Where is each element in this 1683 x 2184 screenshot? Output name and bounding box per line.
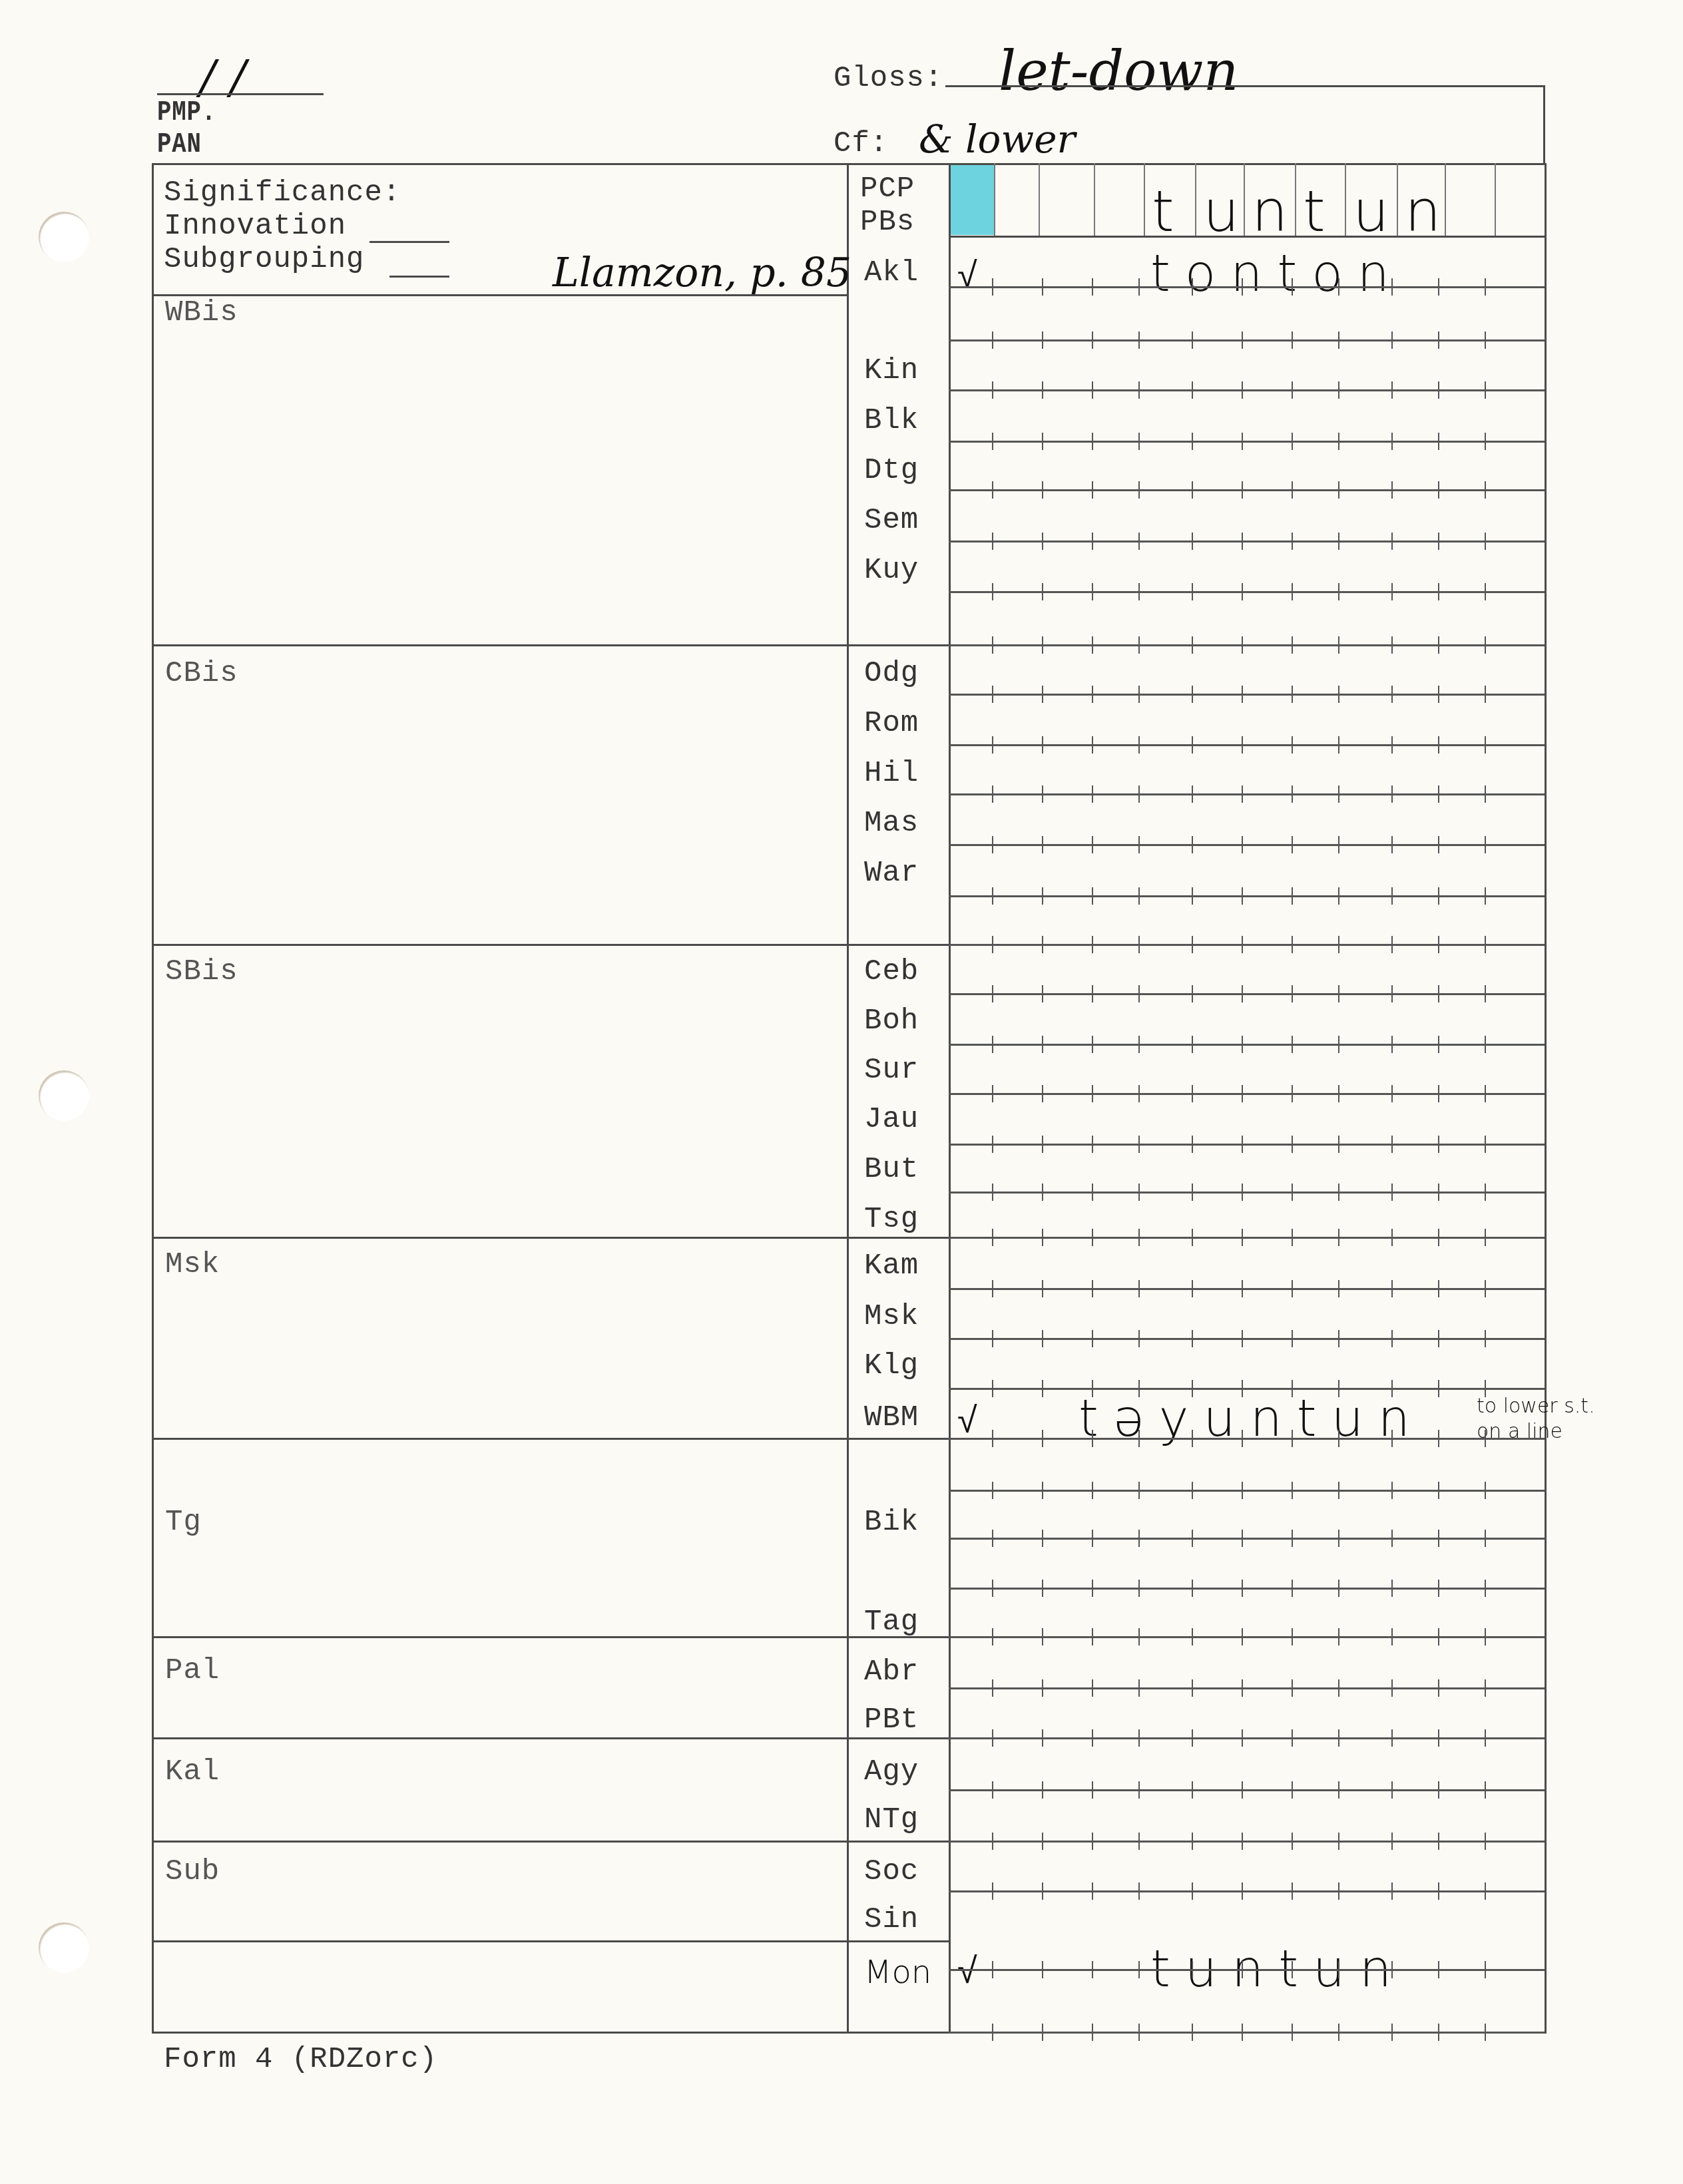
ruled-tick bbox=[1138, 1580, 1140, 1597]
ruled-tick bbox=[1438, 278, 1439, 296]
ruled-tick bbox=[1438, 686, 1439, 703]
ruled-tick bbox=[1438, 936, 1439, 953]
ruled-tick bbox=[992, 836, 993, 853]
ruled-line bbox=[949, 1538, 1545, 1540]
ruled-tick bbox=[992, 1530, 993, 1547]
frame-right-line bbox=[1545, 163, 1547, 2034]
proto-label-pcp: PCP bbox=[860, 174, 915, 204]
ruled-tick bbox=[1391, 433, 1393, 450]
ruled-tick bbox=[992, 1833, 993, 1850]
ruled-tick bbox=[1485, 1330, 1486, 1347]
ruled-tick bbox=[1292, 433, 1293, 450]
proto-cell-divider bbox=[1345, 163, 1346, 236]
language-label-pbt: PBt bbox=[864, 1705, 919, 1735]
proto-cell-divider bbox=[1039, 163, 1040, 236]
ruled-tick bbox=[1391, 1430, 1393, 1447]
ruled-tick bbox=[1192, 1229, 1193, 1246]
ruled-tick bbox=[1338, 1085, 1339, 1102]
ruled-tick bbox=[1138, 1280, 1140, 1297]
language-label-tag: Tag bbox=[864, 1608, 919, 1637]
section-notes-area[interactable] bbox=[154, 1740, 845, 1839]
ruled-tick bbox=[1391, 1085, 1393, 1102]
ruled-tick bbox=[1192, 1833, 1193, 1850]
ruled-tick bbox=[1092, 381, 1093, 399]
ruled-tick bbox=[1042, 2024, 1043, 2041]
ruled-tick bbox=[1338, 1882, 1339, 1900]
ruled-tick bbox=[1092, 836, 1093, 853]
ruled-tick bbox=[1242, 1679, 1243, 1697]
ruled-tick bbox=[1391, 381, 1393, 399]
ruled-line bbox=[949, 1438, 1545, 1440]
ruled-line bbox=[949, 489, 1545, 491]
ruled-tick bbox=[1292, 1781, 1293, 1799]
ruled-tick bbox=[1242, 533, 1243, 550]
ruled-tick bbox=[1438, 2024, 1439, 2041]
ruled-tick bbox=[1338, 1136, 1339, 1153]
proto-letter: n bbox=[1252, 178, 1288, 245]
ruled-tick bbox=[1192, 686, 1193, 703]
ruled-tick bbox=[1391, 533, 1393, 550]
ruled-tick bbox=[992, 686, 993, 703]
ruled-tick bbox=[1192, 381, 1193, 399]
ruled-tick bbox=[1438, 1184, 1439, 1201]
ruled-tick bbox=[1042, 278, 1043, 296]
pan-label: PAN bbox=[157, 130, 202, 158]
ruled-tick bbox=[1485, 1679, 1486, 1697]
language-label-jau: Jau bbox=[864, 1105, 919, 1134]
significance-title: Significance: bbox=[164, 178, 401, 208]
ruled-tick bbox=[1192, 1729, 1193, 1747]
ruled-tick bbox=[1338, 1380, 1339, 1397]
ruled-tick bbox=[1138, 583, 1140, 600]
ruled-tick bbox=[992, 1036, 993, 1053]
section-notes-area[interactable] bbox=[154, 1639, 845, 1736]
ruled-line bbox=[949, 1841, 1545, 1843]
ruled-tick bbox=[1138, 331, 1140, 349]
ruled-tick bbox=[1042, 1833, 1043, 1850]
ruled-tick bbox=[1092, 433, 1093, 450]
ruled-tick bbox=[1242, 1882, 1243, 1900]
ruled-tick bbox=[1192, 1280, 1193, 1297]
date-underline bbox=[157, 93, 324, 95]
language-label-odg: Odg bbox=[864, 659, 919, 688]
proto-cell-divider bbox=[1244, 163, 1245, 236]
ruled-line bbox=[949, 993, 1545, 995]
ruled-tick bbox=[1391, 1330, 1393, 1347]
ruled-tick bbox=[1485, 1729, 1486, 1747]
cf-value[interactable]: & lower bbox=[919, 116, 1075, 162]
ruled-line bbox=[949, 844, 1545, 846]
ruled-tick bbox=[1391, 1184, 1393, 1201]
ruled-line bbox=[949, 1044, 1545, 1046]
ruled-tick bbox=[1292, 1833, 1293, 1850]
ruled-tick bbox=[1042, 331, 1043, 349]
proto-letter: t bbox=[1303, 178, 1325, 245]
ruled-tick bbox=[1042, 1628, 1043, 1645]
language-label-mon: Mon bbox=[864, 1954, 931, 1991]
binder-hole-top bbox=[39, 212, 89, 262]
ruled-tick bbox=[1138, 1729, 1140, 1747]
ruled-tick bbox=[1292, 686, 1293, 703]
ruled-line bbox=[949, 1890, 1545, 1892]
section-divider bbox=[152, 1940, 951, 1942]
section-notes-area[interactable] bbox=[154, 1239, 845, 1436]
ruled-tick bbox=[1292, 1184, 1293, 1201]
language-label-bik: Bik bbox=[864, 1508, 919, 1537]
ruled-tick bbox=[1192, 1679, 1193, 1697]
ruled-tick bbox=[1391, 1729, 1393, 1747]
ruled-tick bbox=[1391, 736, 1393, 754]
ruled-tick bbox=[992, 433, 993, 450]
ruled-tick bbox=[1042, 1482, 1043, 1499]
language-label-wbm: WBM bbox=[864, 1403, 919, 1432]
ruled-tick bbox=[1485, 736, 1486, 754]
language-label-sem: Sem bbox=[864, 506, 919, 535]
ruled-tick bbox=[1092, 1330, 1093, 1347]
ruled-tick bbox=[1338, 1628, 1339, 1645]
gloss-value[interactable]: let-down bbox=[999, 40, 1238, 103]
ruled-tick bbox=[1242, 1136, 1243, 1153]
binder-hole-bottom bbox=[39, 1922, 89, 1973]
ruled-tick bbox=[1292, 1085, 1293, 1102]
ruled-tick bbox=[1042, 1530, 1043, 1547]
ruled-tick bbox=[1485, 533, 1486, 550]
ruled-tick bbox=[992, 1961, 993, 1978]
ruled-tick bbox=[992, 1330, 993, 1347]
pmp-label: PMP. bbox=[157, 99, 216, 126]
ruled-tick bbox=[1338, 887, 1339, 905]
gloss-underline bbox=[945, 85, 1545, 87]
ruled-tick bbox=[1042, 1961, 1043, 1978]
ruled-tick bbox=[1338, 1961, 1339, 1978]
ruled-line bbox=[949, 1588, 1545, 1590]
ruled-tick bbox=[1438, 1580, 1439, 1597]
ruled-tick bbox=[1092, 1229, 1093, 1246]
ruled-tick bbox=[1292, 1679, 1293, 1697]
ruled-tick bbox=[1391, 1781, 1393, 1799]
section-notes-area[interactable] bbox=[154, 647, 845, 943]
ruled-tick bbox=[1391, 985, 1393, 1002]
section-divider bbox=[152, 944, 951, 946]
ruled-tick bbox=[1391, 583, 1393, 600]
ruled-tick bbox=[1391, 1833, 1393, 1850]
ruled-line bbox=[949, 1237, 1545, 1239]
ruled-tick bbox=[1138, 1882, 1140, 1900]
ruled-tick bbox=[1092, 1482, 1093, 1499]
ruled-tick bbox=[1192, 636, 1193, 654]
ruled-tick bbox=[1242, 583, 1243, 600]
ruled-tick bbox=[1485, 1430, 1486, 1447]
ruled-tick bbox=[1138, 1482, 1140, 1499]
ruled-tick bbox=[1092, 686, 1093, 703]
ruled-tick bbox=[1485, 1530, 1486, 1547]
ruled-tick bbox=[992, 1280, 993, 1297]
ruled-tick bbox=[1438, 1229, 1439, 1246]
ruled-tick bbox=[1391, 331, 1393, 349]
ruled-line bbox=[949, 1687, 1545, 1689]
ruled-tick bbox=[1042, 985, 1043, 1002]
ruled-tick bbox=[1485, 1482, 1486, 1499]
ruled-tick bbox=[1242, 1580, 1243, 1597]
ruled-tick bbox=[1138, 1833, 1140, 1850]
ruled-tick bbox=[1092, 1882, 1093, 1900]
ruled-tick bbox=[1338, 736, 1339, 754]
ruled-tick bbox=[1242, 1430, 1243, 1447]
ruled-tick bbox=[1042, 887, 1043, 905]
ruled-tick bbox=[1042, 1229, 1043, 1246]
ruled-tick bbox=[1138, 381, 1140, 399]
ruled-tick bbox=[1485, 1136, 1486, 1153]
ruled-tick bbox=[1192, 1380, 1193, 1397]
ruled-tick bbox=[992, 1628, 993, 1645]
ruled-tick bbox=[1292, 1580, 1293, 1597]
ruled-tick bbox=[1192, 887, 1193, 905]
ruled-tick bbox=[1242, 1330, 1243, 1347]
ruled-tick bbox=[1092, 1184, 1093, 1201]
ruled-tick bbox=[1192, 1184, 1193, 1201]
ruled-line bbox=[949, 1388, 1545, 1390]
ruled-tick bbox=[1242, 887, 1243, 905]
ruled-tick bbox=[1338, 1229, 1339, 1246]
ruled-tick bbox=[1138, 736, 1140, 754]
ruled-tick bbox=[1438, 1961, 1439, 1978]
significance-bottom-line bbox=[152, 294, 847, 296]
check-mark-icon[interactable]: √ bbox=[957, 254, 977, 296]
ruled-tick bbox=[1042, 1330, 1043, 1347]
ruled-tick bbox=[992, 1482, 993, 1499]
ruled-tick bbox=[1092, 1961, 1093, 1978]
ruled-tick bbox=[1438, 481, 1439, 499]
language-label-ntg: NTg bbox=[864, 1805, 919, 1835]
ruled-tick bbox=[1485, 1961, 1486, 1978]
language-label-mas: Mas bbox=[864, 809, 919, 838]
ruled-tick bbox=[1438, 1882, 1439, 1900]
ruled-tick bbox=[1338, 1530, 1339, 1547]
ruled-tick bbox=[1292, 1628, 1293, 1645]
ruled-tick bbox=[1042, 1679, 1043, 1697]
ruled-tick bbox=[1192, 1430, 1193, 1447]
language-label-war: War bbox=[864, 859, 919, 888]
ruled-tick bbox=[1438, 1729, 1439, 1747]
section-notes-area[interactable] bbox=[154, 1943, 845, 2030]
proto-cell-divider bbox=[994, 163, 995, 236]
section-divider bbox=[152, 1438, 951, 1440]
ruled-line bbox=[949, 1338, 1545, 1340]
ruled-tick bbox=[1391, 1628, 1393, 1645]
ruled-tick bbox=[1338, 1036, 1339, 1053]
ruled-tick bbox=[1292, 1036, 1293, 1053]
ruled-tick bbox=[992, 736, 993, 754]
ruled-tick bbox=[1092, 1679, 1093, 1697]
ruled-line bbox=[949, 441, 1545, 443]
ruled-tick bbox=[1338, 278, 1339, 296]
ruled-line bbox=[949, 541, 1545, 543]
section-notes-area[interactable] bbox=[154, 947, 845, 1235]
language-label-hil: Hil bbox=[864, 759, 919, 788]
ruled-tick bbox=[1338, 936, 1339, 953]
proto-cell-divider bbox=[1094, 163, 1095, 236]
ruled-tick bbox=[1438, 1679, 1439, 1697]
ruled-line bbox=[949, 1969, 1545, 1971]
ruled-tick bbox=[992, 887, 993, 905]
section-divider bbox=[152, 1237, 951, 1239]
ruled-tick bbox=[1192, 1628, 1193, 1645]
ruled-tick bbox=[1485, 1036, 1486, 1053]
ruled-tick bbox=[1042, 1580, 1043, 1597]
ruled-tick bbox=[1242, 1833, 1243, 1850]
ruled-tick bbox=[992, 1229, 993, 1246]
ruled-tick bbox=[992, 636, 993, 654]
ruled-tick bbox=[1438, 887, 1439, 905]
proto-letter: n bbox=[1405, 178, 1441, 245]
innovation-blank[interactable] bbox=[369, 241, 449, 243]
ruled-tick bbox=[1338, 1833, 1339, 1850]
ruled-tick bbox=[1042, 533, 1043, 550]
ruled-tick bbox=[1338, 1580, 1339, 1597]
ruled-tick bbox=[1192, 1036, 1193, 1053]
ruled-tick bbox=[1292, 1380, 1293, 1397]
ruled-tick bbox=[1338, 985, 1339, 1002]
ruled-tick bbox=[1338, 533, 1339, 550]
proto-letter: u bbox=[1353, 178, 1389, 245]
ruled-tick bbox=[1338, 1729, 1339, 1747]
ruled-line bbox=[949, 793, 1545, 795]
ruled-tick bbox=[1292, 1330, 1293, 1347]
section-notes-area[interactable] bbox=[154, 297, 845, 643]
ruled-line bbox=[949, 1737, 1545, 1739]
ruled-line bbox=[949, 591, 1545, 593]
ruled-tick bbox=[1292, 936, 1293, 953]
reflex-form-akl[interactable]: tonton bbox=[1150, 244, 1404, 303]
ruled-tick bbox=[1192, 736, 1193, 754]
ruled-tick bbox=[1092, 1580, 1093, 1597]
ruled-tick bbox=[1485, 1833, 1486, 1850]
language-label-rom: Rom bbox=[864, 709, 919, 738]
ruled-tick bbox=[1438, 1330, 1439, 1347]
ruled-tick bbox=[1192, 1882, 1193, 1900]
language-label-kin: Kin bbox=[864, 356, 919, 385]
ruled-tick bbox=[1042, 583, 1043, 600]
ruled-tick bbox=[1292, 481, 1293, 499]
ruled-tick bbox=[1092, 331, 1093, 349]
ruled-tick bbox=[1485, 1184, 1486, 1201]
ruled-tick bbox=[992, 1184, 993, 1201]
ruled-tick bbox=[1391, 2024, 1393, 2041]
ruled-tick bbox=[1292, 1280, 1293, 1297]
ruled-tick bbox=[1391, 1036, 1393, 1053]
language-label-kam: Kam bbox=[864, 1251, 919, 1281]
ruled-tick bbox=[1092, 1729, 1093, 1747]
ruled-tick bbox=[1042, 481, 1043, 499]
ruled-tick bbox=[1485, 481, 1486, 499]
ruled-tick bbox=[992, 1781, 993, 1799]
proto-cell-divider bbox=[1295, 163, 1296, 236]
ruled-tick bbox=[1192, 1961, 1193, 1978]
ruled-tick bbox=[1391, 1882, 1393, 1900]
ruled-tick bbox=[1438, 381, 1439, 399]
ruled-tick bbox=[1338, 481, 1339, 499]
ruled-tick bbox=[1391, 1380, 1393, 1397]
ruled-tick bbox=[1092, 278, 1093, 296]
ruled-tick bbox=[1042, 1430, 1043, 1447]
check-mark-icon[interactable]: √ bbox=[957, 1399, 977, 1441]
ruled-tick bbox=[1391, 1482, 1393, 1499]
section-notes-area[interactable] bbox=[154, 1843, 845, 1939]
subgrouping-blank[interactable] bbox=[389, 276, 449, 278]
ruled-tick bbox=[1042, 1036, 1043, 1053]
ruled-tick bbox=[992, 331, 993, 349]
ruled-tick bbox=[1485, 686, 1486, 703]
ruled-tick bbox=[1438, 1136, 1439, 1153]
ruled-line bbox=[949, 1490, 1545, 1492]
section-notes-area[interactable] bbox=[154, 1440, 845, 1635]
ruled-tick bbox=[1092, 1136, 1093, 1153]
ruled-line bbox=[949, 389, 1545, 391]
ruled-tick bbox=[1138, 1036, 1140, 1053]
section-divider bbox=[152, 644, 951, 646]
ruled-tick bbox=[1292, 1729, 1293, 1747]
ruled-tick bbox=[1338, 583, 1339, 600]
ruled-tick bbox=[1138, 1229, 1140, 1246]
ruled-line bbox=[949, 339, 1545, 341]
ruled-tick bbox=[1192, 836, 1193, 853]
header-right-border bbox=[1543, 85, 1545, 165]
ruled-tick bbox=[1292, 1136, 1293, 1153]
ruled-tick bbox=[1338, 433, 1339, 450]
ruled-tick bbox=[1042, 636, 1043, 654]
section-divider bbox=[152, 1737, 951, 1739]
ruled-tick bbox=[1292, 785, 1293, 803]
ruled-tick bbox=[1391, 686, 1393, 703]
ruled-tick bbox=[1391, 936, 1393, 953]
ruled-tick bbox=[1192, 936, 1193, 953]
ruled-tick bbox=[1391, 278, 1393, 296]
ruled-tick bbox=[1192, 278, 1193, 296]
gloss-label: Gloss: bbox=[834, 64, 943, 93]
ruled-tick bbox=[1438, 1380, 1439, 1397]
ruled-tick bbox=[1292, 583, 1293, 600]
ruled-tick bbox=[1092, 1380, 1093, 1397]
proto-cell-divider bbox=[1397, 163, 1398, 236]
ruled-tick bbox=[1391, 1136, 1393, 1153]
ruled-tick bbox=[1138, 1530, 1140, 1547]
ruled-tick bbox=[1338, 1330, 1339, 1347]
language-label-sin: Sin bbox=[864, 1905, 919, 1934]
language-label-kuy: Kuy bbox=[864, 556, 919, 585]
ruled-tick bbox=[1092, 481, 1093, 499]
ruled-tick bbox=[1092, 1430, 1093, 1447]
ruled-tick bbox=[1138, 985, 1140, 1002]
proto-letter: t bbox=[1152, 178, 1174, 245]
ruled-tick bbox=[1391, 1679, 1393, 1697]
ruled-tick bbox=[1338, 785, 1339, 803]
ruled-tick bbox=[1242, 936, 1243, 953]
ruled-tick bbox=[1292, 736, 1293, 754]
ruled-tick bbox=[1438, 1781, 1439, 1799]
ruled-tick bbox=[1338, 636, 1339, 654]
ruled-tick bbox=[1192, 1482, 1193, 1499]
ruled-tick bbox=[1242, 1229, 1243, 1246]
ruled-tick bbox=[992, 1380, 993, 1397]
ruled-tick bbox=[1292, 836, 1293, 853]
ruled-tick bbox=[1138, 1781, 1140, 1799]
ruled-tick bbox=[1242, 1085, 1243, 1102]
ruled-tick bbox=[1138, 278, 1140, 296]
ruled-tick bbox=[1138, 1430, 1140, 1447]
language-label-blk: Blk bbox=[864, 406, 919, 435]
ruled-tick bbox=[1042, 1781, 1043, 1799]
ruled-tick bbox=[1438, 583, 1439, 600]
